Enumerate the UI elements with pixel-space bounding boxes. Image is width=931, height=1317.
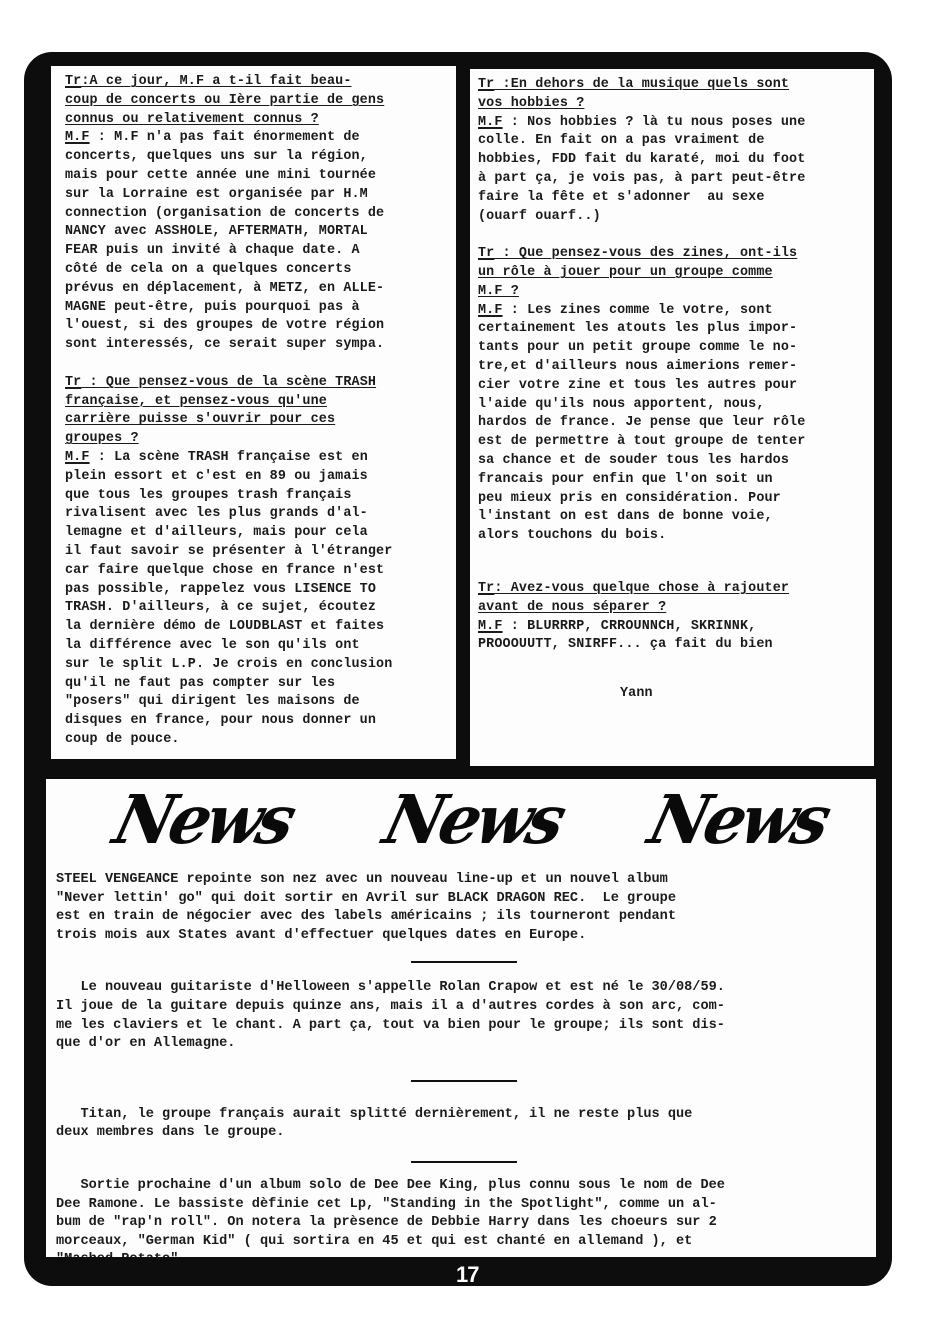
answer-line: que tous les groupes trash français [65,487,456,506]
spacer [65,355,456,374]
answer-line: alors touchons du bois. [478,527,874,546]
line-text: : BLURRRP, CRROUNNCH, SKRINNK, [503,619,757,634]
news-line: Il joue de la guitare depuis quinze ans,… [56,998,876,1017]
line-text: l'instant on est dans de bonne voie, [478,509,773,524]
speaker-label: Tr [478,246,494,261]
answer-line: rivalisent avec les plus grands d'al- [65,505,456,524]
separator-rule [411,1080,517,1082]
answer-line: car faire quelque chose en france n'est [65,562,456,581]
speaker-label: M.F [478,619,503,634]
line-text: TRASH. D'ailleurs, à ce sujet, écoutez [65,600,376,615]
answer-line: cier votre zine et tous les autres pour [478,377,874,396]
spacer [478,546,874,580]
news-line: STEEL VENGEANCE repointe son nez avec un… [56,871,876,890]
answer-line: il faut savoir se présenter à l'étranger [65,543,456,562]
news-line: bum de "rap'n roll". On notera la prèsen… [56,1214,876,1233]
separator-rule [411,961,517,963]
line-text: hardos de france. Je pense que leur rôle [478,415,805,430]
speaker-label: M.F [478,115,503,130]
news-line: que d'or en Allemagne. [56,1035,876,1054]
answer-line: M.F : BLURRRP, CRROUNNCH, SKRINNK, [478,618,874,637]
speaker-label: Tr [478,581,494,596]
answer-line: est de permettre à tout groupe de tenter [478,433,874,452]
line-text: française, et pensez-vous qu'une [65,394,327,409]
spacer [478,226,874,245]
question-line: vos hobbies ? [478,95,874,114]
answer-line: M.F : Nos hobbies ? là tu nous poses une [478,114,874,133]
answer-line: lemagne et d'ailleurs, mais pour cela [65,524,456,543]
news-line: morceaux, "German Kid" ( qui sortira en … [56,1233,876,1252]
line-text: concerts, quelques uns sur la région, [65,149,368,164]
line-text: FEAR puis un invité à chaque date. A [65,243,360,258]
page-number: 17 [456,1262,478,1288]
line-text: connection (organisation de concerts de [65,206,384,221]
line-text: (ouarf ouarf..) [478,209,601,224]
interview-right-column: Tr :En dehors de la musique quels sontvo… [470,69,874,766]
answer-line: sur le split L.P. Je crois en conclusion [65,656,456,675]
line-text: sont interessés, ce serait super sympa. [65,337,384,352]
question-line: groupes ? [65,430,456,449]
answer-line: sont interessés, ce serait super sympa. [65,336,456,355]
question-line: française, et pensez-vous qu'une [65,393,456,412]
interview-right-text: Tr :En dehors de la musique quels sontvo… [470,69,874,704]
news-logo: News [106,781,300,860]
line-text: plein essort et c'est en 89 ou jamais [65,469,368,484]
speaker-label: M.F [478,303,503,318]
news-item: Titan, le groupe français aurait splitté… [56,1106,876,1143]
line-text: cier votre zine et tous les autres pour [478,378,797,393]
news-item: Sortie prochaine d'un album solo de Dee … [56,1177,876,1257]
line-text: :A ce jour, M.F a t-il fait beau- [81,74,351,89]
line-text: faire la fête et s'adonner au sexe [478,190,765,205]
answer-line: MAGNE peut-être, puis pourquoi pas à [65,299,456,318]
line-text: francais pour enfin que l'on soit un [478,472,773,487]
line-text: coup de pouce. [65,732,180,747]
line-text: l'ouest, si des groupes de votre région [65,318,384,333]
question-line: Tr:A ce jour, M.F a t-il fait beau- [65,73,456,92]
line-text: tre,et d'ailleurs nous aimerions remer- [478,359,797,374]
answer-line: disques en france, pour nous donner un [65,712,456,731]
line-text: hobbies, FDD fait du karaté, moi du foot [478,152,805,167]
line-text: qu'il ne faut pas compter sur les [65,676,335,691]
answer-line: faire la fête et s'adonner au sexe [478,189,874,208]
line-text: car faire quelque chose en france n'est [65,563,384,578]
line-text: PROOOUUTT, SNIRFF... ça fait du bien [478,637,773,652]
line-text: tants pour un petit groupe comme le no- [478,340,797,355]
speaker-label: M.F [65,450,90,465]
line-text: : La scène TRASH française est en [90,450,368,465]
question-line: Tr : Que pensez-vous de la scène TRASH [65,374,456,393]
separator-rule [411,1161,517,1163]
line-text: rivalisent avec les plus grands d'al- [65,506,368,521]
question-line: carrière puisse s'ouvrir pour ces [65,411,456,430]
line-text: sa chance et de souder tous les hardos [478,453,789,468]
answer-line: hobbies, FDD fait du karaté, moi du foot [478,151,874,170]
line-text: : Les zines comme le votre, sont [503,303,773,318]
news-line: Dee Ramone. Le bassiste dèfinie cet Lp, … [56,1196,876,1215]
line-text: avant de nous séparer ? [478,600,666,615]
answer-line: "posers" qui dirigent les maisons de [65,693,456,712]
answer-line: peu mieux pris en considération. Pour [478,490,874,509]
question-line: Tr : Que pensez-vous des zines, ont-ils [478,245,874,264]
line-text: côté de cela on a quelques concerts [65,262,352,277]
line-text: est de permettre à tout groupe de tenter [478,434,805,449]
line-text: : Que pensez-vous de la scène TRASH [81,375,376,390]
line-text: M.F ? [478,284,519,299]
line-text: il faut savoir se présenter à l'étranger [65,544,392,559]
line-text: carrière puisse s'ouvrir pour ces [65,412,335,427]
news-line: deux membres dans le groupe. [56,1124,876,1143]
news-line: me les claviers et le chant. A part ça, … [56,1017,876,1036]
line-text: alors touchons du bois. [478,528,666,543]
line-text: "posers" qui dirigent les maisons de [65,694,360,709]
answer-line: l'instant on est dans de bonne voie, [478,508,874,527]
line-text: : M.F n'a pas fait énormement de [90,130,360,145]
news-body: STEEL VENGEANCE repointe son nez avec un… [46,871,876,1257]
line-text: la dernière démo de LOUDBLAST et faites [65,619,384,634]
question-line: Tr :En dehors de la musique quels sont [478,76,874,95]
question-line: Tr: Avez-vous quelque chose à rajouter [478,580,874,599]
question-line: un rôle à jouer pour un groupe comme [478,264,874,283]
line-text: : Avez-vous quelque chose à rajouter [494,581,789,596]
answer-line: sur la Lorraine est organisée par H.M [65,186,456,205]
line-text: peu mieux pris en considération. Pour [478,491,781,506]
answer-line: qu'il ne faut pas compter sur les [65,675,456,694]
answer-line: plein essort et c'est en 89 ou jamais [65,468,456,487]
line-text: sur le split L.P. Je crois en conclusion [65,657,392,672]
line-text: MAGNE peut-être, puis pourquoi pas à [65,300,360,315]
line-text: coup de concerts ou Ière partie de gens [65,93,384,108]
line-text: pas possible, rappelez vous LISENCE TO [65,582,376,597]
answer-line: sa chance et de souder tous les hardos [478,452,874,471]
news-line: Sortie prochaine d'un album solo de Dee … [56,1177,876,1196]
news-section: News News News STEEL VENGEANCE repointe … [46,779,876,1257]
answer-line: M.F : Les zines comme le votre, sont [478,302,874,321]
news-item: STEEL VENGEANCE repointe son nez avec un… [56,871,876,945]
line-text: connus ou relativement connus ? [65,112,319,127]
answer-line: l'aide qu'ils nous apportent, nous, [478,396,874,415]
answer-line: M.F : La scène TRASH française est en [65,449,456,468]
line-text: groupes ? [65,431,139,446]
news-item: Le nouveau guitariste d'Helloween s'appe… [56,979,876,1053]
news-line: est en train de négocier avec des labels… [56,908,876,927]
answer-line: à part ça, je vois pas, à part peut-être [478,170,874,189]
line-text: colle. En fait on a pas vraiment de [478,133,765,148]
news-line: Titan, le groupe français aurait splitté… [56,1106,876,1125]
news-line: "Never lettin' go" qui doit sortir en Av… [56,890,876,909]
answer-line: pas possible, rappelez vous LISENCE TO [65,581,456,600]
line-text: lemagne et d'ailleurs, mais pour cela [65,525,368,540]
answer-line: hardos de france. Je pense que leur rôle [478,414,874,433]
speaker-label: M.F [65,130,90,145]
speaker-label: Tr [65,375,81,390]
answer-line: la dernière démo de LOUDBLAST et faites [65,618,456,637]
line-text: l'aide qu'ils nous apportent, nous, [478,397,765,412]
news-header: News News News [46,779,876,871]
speaker-label: Tr [478,77,494,92]
question-line: M.F ? [478,283,874,302]
answer-line: tants pour un petit groupe comme le no- [478,339,874,358]
interview-left-column: Tr:A ce jour, M.F a t-il fait beau-coup … [51,66,456,759]
question-line: coup de concerts ou Ière partie de gens [65,92,456,111]
answer-line: (ouarf ouarf..) [478,208,874,227]
news-logo: News [376,781,570,860]
interview-left-text: Tr:A ce jour, M.F a t-il fait beau-coup … [51,66,456,750]
line-text: que tous les groupes trash français [65,488,352,503]
answer-line: certainement les atouts les plus impor- [478,320,874,339]
speaker-label: Tr [65,74,81,89]
line-text: à part ça, je vois pas, à part peut-être [478,171,805,186]
answer-line: PROOOUUTT, SNIRFF... ça fait du bien [478,636,874,655]
answer-line: francais pour enfin que l'on soit un [478,471,874,490]
answer-line: NANCY avec ASSHOLE, AFTERMATH, MORTAL [65,223,456,242]
line-text: la différence avec le son qu'ils ont [65,638,360,653]
answer-line: colle. En fait on a pas vraiment de [478,132,874,151]
news-logo: News [641,781,835,860]
question-line: avant de nous séparer ? [478,599,874,618]
signature: Yann [478,685,874,704]
answer-line: M.F : M.F n'a pas fait énormement de [65,129,456,148]
answer-line: tre,et d'ailleurs nous aimerions remer- [478,358,874,377]
answer-line: concerts, quelques uns sur la région, [65,148,456,167]
answer-line: la différence avec le son qu'ils ont [65,637,456,656]
news-line: "Mashed Potato". [56,1251,876,1257]
answer-line: mais pour cette année une mini tournée [65,167,456,186]
answer-line: l'ouest, si des groupes de votre région [65,317,456,336]
line-text: : Que pensez-vous des zines, ont-ils [494,246,797,261]
answer-line: coup de pouce. [65,731,456,750]
question-line: connus ou relativement connus ? [65,111,456,130]
line-text: un rôle à jouer pour un groupe comme [478,265,773,280]
line-text: vos hobbies ? [478,96,584,111]
answer-line: côté de cela on a quelques concerts [65,261,456,280]
answer-line: prévus en déplacement, à METZ, en ALLE- [65,280,456,299]
line-text: NANCY avec ASSHOLE, AFTERMATH, MORTAL [65,224,368,239]
line-text: sur la Lorraine est organisée par H.M [65,187,368,202]
line-text: prévus en déplacement, à METZ, en ALLE- [65,281,384,296]
line-text: certainement les atouts les plus impor- [478,321,797,336]
answer-line: TRASH. D'ailleurs, à ce sujet, écoutez [65,599,456,618]
answer-line: FEAR puis un invité à chaque date. A [65,242,456,261]
news-line: trois mois aux States avant d'effectuer … [56,927,876,946]
line-text: disques en france, pour nous donner un [65,713,376,728]
line-text: :En dehors de la musique quels sont [494,77,789,92]
answer-line: connection (organisation de concerts de [65,205,456,224]
line-text: mais pour cette année une mini tournée [65,168,376,183]
news-line: Le nouveau guitariste d'Helloween s'appe… [56,979,876,998]
line-text: : Nos hobbies ? là tu nous poses une [503,115,806,130]
